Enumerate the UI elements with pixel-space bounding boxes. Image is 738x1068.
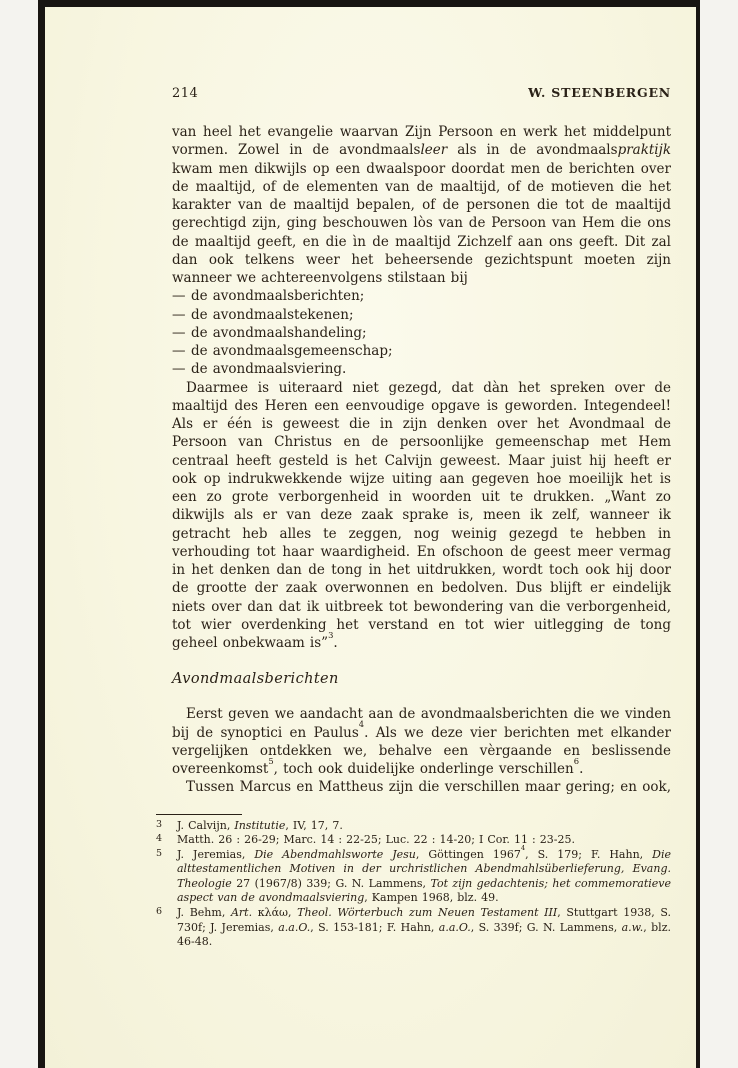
text-run: J. Behm, bbox=[177, 906, 231, 919]
text-run: Daarmee is uiteraard niet gezegd, dat dà… bbox=[172, 380, 671, 652]
text-run: . bbox=[579, 761, 583, 777]
list-item-text: de avondmaalshandeling; bbox=[191, 324, 367, 342]
list-dash: — bbox=[172, 342, 191, 360]
text-run: de avondmaalshandeling; bbox=[191, 325, 367, 341]
list-dash: — bbox=[172, 287, 191, 305]
text-run: de avondmaalsberichten; bbox=[191, 288, 364, 304]
text-run: a.a.O. bbox=[439, 921, 471, 934]
list-item-text: de avondmaalsviering. bbox=[191, 360, 346, 378]
paragraph: van heel het evangelie waarvan Zijn Pers… bbox=[172, 123, 671, 287]
list-dash: — bbox=[172, 324, 191, 342]
text-run: J. Calvijn, bbox=[177, 819, 234, 832]
text-run: , IV, 17, 7. bbox=[285, 819, 343, 832]
text-run: , S. 339f; G. N. Lammens, bbox=[471, 921, 622, 934]
text-run: , toch ook duidelijke onderlinge verschi… bbox=[274, 761, 574, 777]
list-item-text: de avondmaalstekenen; bbox=[191, 306, 354, 324]
text-run: Avondmaalsberichten bbox=[172, 671, 339, 687]
text-run: de avondmaalstekenen; bbox=[191, 307, 354, 323]
list-dash: — bbox=[172, 306, 191, 324]
text-run: Matth. 26 : 26-29; Marc. 14 : 22-25; Luc… bbox=[177, 833, 575, 846]
scan-margin-right bbox=[700, 0, 738, 1068]
list-item-text: de avondmaalsberichten; bbox=[191, 287, 364, 305]
footnote-text: J. Behm, Art. κλάω, Theol. Wörterbuch zu… bbox=[177, 906, 671, 950]
footnote-separator bbox=[156, 814, 242, 815]
text-run: praktijk bbox=[618, 142, 671, 158]
list-item: —de avondmaalstekenen; bbox=[172, 306, 671, 324]
running-head-author: W. STEENBERGEN bbox=[528, 85, 671, 100]
page-header: 214 W. STEENBERGEN bbox=[172, 85, 671, 101]
text-run: κλάω, bbox=[252, 906, 297, 919]
text-run: kwam men dikwijls op een dwaalspoor door… bbox=[172, 161, 671, 287]
paragraph: Daarmee is uiteraard niet gezegd, dat dà… bbox=[172, 379, 671, 653]
text-run: Theol. Wörterbuch zum Neuen Testament II… bbox=[297, 906, 557, 919]
scan-margin-left bbox=[0, 0, 38, 1068]
page-body: van heel het evangelie waarvan Zijn Pers… bbox=[172, 123, 671, 797]
page-content: 214 W. STEENBERGEN van heel het evangeli… bbox=[172, 85, 671, 950]
paragraph: Tussen Marcus en Mattheus zijn die versc… bbox=[172, 778, 671, 796]
text-run: Die Abendmahlsworte Jesu bbox=[254, 848, 416, 861]
text-run: Institutie bbox=[234, 819, 285, 832]
footnote: 6J. Behm, Art. κλάω, Theol. Wörterbuch z… bbox=[156, 906, 671, 950]
footnote-number: 6 bbox=[156, 905, 177, 949]
text-run: . bbox=[333, 635, 337, 651]
list-item: —de avondmaalsberichten; bbox=[172, 287, 671, 305]
footnote-ref: 4 bbox=[521, 844, 525, 852]
scanned-book-page: { "page": { "colors": { "paper": "#f8f6e… bbox=[0, 0, 738, 1068]
footnote-text: Matth. 26 : 26-29; Marc. 14 : 22-25; Luc… bbox=[177, 833, 671, 848]
footnote-ref: 6 bbox=[574, 756, 579, 766]
footnote-number: 5 bbox=[156, 847, 177, 905]
footnote-text: J. Calvijn, Institutie, IV, 17, 7. bbox=[177, 819, 671, 834]
book-page: 214 W. STEENBERGEN van heel het evangeli… bbox=[38, 0, 700, 1068]
list-item: —de avondmaalsgemeenschap; bbox=[172, 342, 671, 360]
footnote-number: 4 bbox=[156, 832, 177, 847]
text-run: de avondmaalsgemeenschap; bbox=[191, 343, 393, 359]
page-number: 214 bbox=[172, 86, 198, 101]
list-dash: — bbox=[172, 360, 191, 378]
text-run: a.w. bbox=[622, 921, 644, 934]
text-run: als in de avondmaals bbox=[447, 142, 617, 158]
text-run: , S. 179; F. Hahn, bbox=[525, 848, 652, 861]
text-run: leer bbox=[420, 142, 447, 158]
paragraph: Eerst geven we aandacht aan de avondmaal… bbox=[172, 705, 671, 778]
text-run: , Göttingen 1967 bbox=[416, 848, 521, 861]
footnote-ref: 3 bbox=[328, 630, 333, 640]
text-run: Art. bbox=[231, 906, 252, 919]
footnote: 3J. Calvijn, Institutie, IV, 17, 7. bbox=[156, 819, 671, 834]
list-item: —de avondmaalsviering. bbox=[172, 360, 671, 378]
text-run: de avondmaalsviering. bbox=[191, 361, 346, 377]
footnote-number: 3 bbox=[156, 818, 177, 833]
footnote: 4Matth. 26 : 26-29; Marc. 14 : 22-25; Lu… bbox=[156, 833, 671, 848]
text-run: , Kampen 1968, blz. 49. bbox=[364, 891, 498, 904]
text-run: Tussen Marcus en Mattheus zijn die versc… bbox=[186, 779, 671, 795]
footnote-text: J. Jeremias, Die Abendmahlsworte Jesu, G… bbox=[177, 848, 671, 906]
list-item-text: de avondmaalsgemeenschap; bbox=[191, 342, 393, 360]
text-run: , S. 153-181; F. Hahn, bbox=[310, 921, 439, 934]
text-run: 27 (1967/8) 339; G. N. Lammens, bbox=[232, 877, 431, 890]
text-run: a.a.O. bbox=[278, 921, 310, 934]
footnote-ref: 5 bbox=[268, 756, 273, 766]
footnotes: 3J. Calvijn, Institutie, IV, 17, 7.4Matt… bbox=[156, 819, 671, 950]
text-run: J. Jeremias, bbox=[177, 848, 254, 861]
footnote: 5J. Jeremias, Die Abendmahlsworte Jesu, … bbox=[156, 848, 671, 906]
list-item: —de avondmaalshandeling; bbox=[172, 324, 671, 342]
section-heading: Avondmaalsberichten bbox=[172, 670, 671, 689]
footnote-ref: 4 bbox=[359, 719, 364, 729]
